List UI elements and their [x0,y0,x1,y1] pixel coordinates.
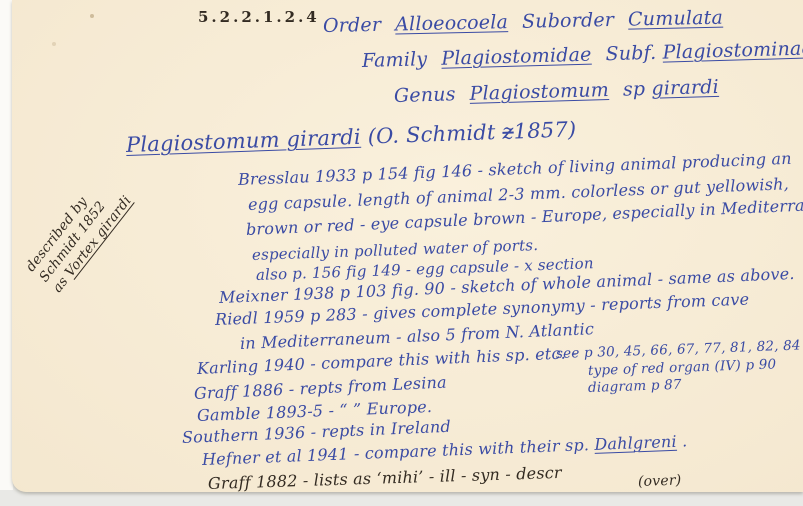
dahlgreni-name: Dahlgreni [594,432,677,454]
subfamily-label: Subf. [605,42,656,65]
suborder-value: Cumulata [628,7,723,31]
authority-text: (O. Schmidt [360,120,502,149]
family-value: Plagiostomidae [441,44,592,70]
paper-speck [90,14,94,18]
scanner-background-bottom [0,490,803,506]
subfamily-value: Plagiostominae [662,37,803,63]
over-note: (over) [638,472,682,490]
sp-label: sp [623,78,646,101]
suborder-label: Suborder [522,9,614,33]
genus-value: Plagiostomum [469,79,609,105]
side-note-diagram: diagram p 87 [588,377,682,396]
authority-year: 1857) [513,117,576,143]
order-value: Alloeocoela [395,11,508,35]
order-label: Order [323,14,382,37]
species-epithet: girardi [651,76,719,100]
paper-speck [52,42,56,46]
struck-character: z [502,119,514,143]
family-label: Family [362,48,428,72]
genus-label: Genus [394,83,456,107]
catalog-number: 5.2.2.1.2.4 [198,8,320,26]
